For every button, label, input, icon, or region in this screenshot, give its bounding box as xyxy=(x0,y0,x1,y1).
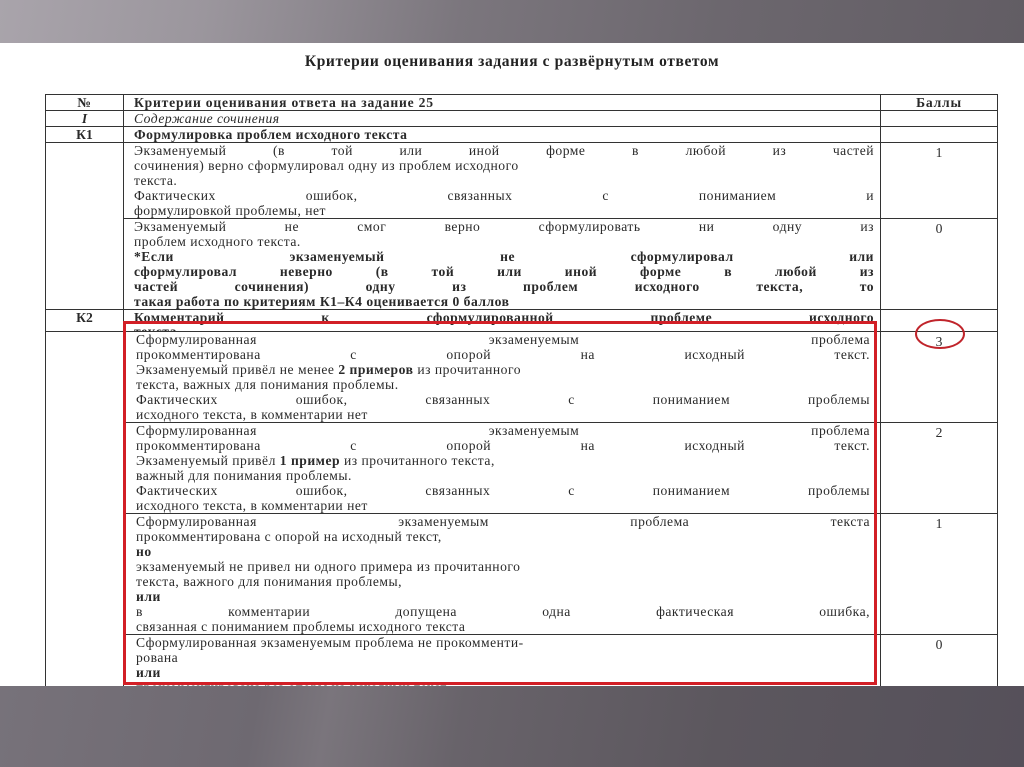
k2-row-2-score: 2 xyxy=(881,423,998,514)
table-row: Сформулированная экзаменуемым проблема п… xyxy=(46,423,998,514)
k1-row-1-text: Экзаменуемый (в той или иной форме в люб… xyxy=(124,143,881,219)
k2-row-2-text: Сформулированная экзаменуемым проблема п… xyxy=(124,423,881,514)
header-score: Баллы xyxy=(881,95,998,111)
k1-header-row: К1 Формулировка проблем исходного текста xyxy=(46,127,998,143)
k1-row-2-text: Экзаменуемый не смог верно сформулироват… xyxy=(124,219,881,310)
table-row: Экзаменуемый (в той или иной форме в люб… xyxy=(46,143,998,219)
section-num: I xyxy=(46,111,124,127)
table-header-row: № Критерии оценивания ответа на задание … xyxy=(46,95,998,111)
k2-row-1-text: Сформулированная экзаменуемым проблема п… xyxy=(124,332,881,423)
k2-num: К2 xyxy=(46,310,124,332)
k2-label: Комментарий к сформулированной проблеме … xyxy=(124,310,881,332)
table-row: Сформулированная экзаменуемым проблема п… xyxy=(46,332,998,423)
k1-num: К1 xyxy=(46,127,124,143)
k2-row-3-score: 1 xyxy=(881,514,998,635)
k2-row-1-score: 3 xyxy=(881,332,998,423)
k1-row-1-score: 1 xyxy=(881,143,998,219)
header-criteria: Критерии оценивания ответа на задание 25 xyxy=(124,95,881,111)
k2-row-3-text: Сформулированная экзаменуемым проблема т… xyxy=(124,514,881,635)
slide-content: Критерии оценивания задания с развёрнуты… xyxy=(0,43,1024,686)
k1-row-2-score: 0 xyxy=(881,219,998,310)
criteria-table: № Критерии оценивания ответа на задание … xyxy=(45,94,998,696)
page-title: Критерии оценивания задания с развёрнуты… xyxy=(0,53,1024,71)
section-label: Содержание сочинения xyxy=(124,111,881,127)
table-row: Экзаменуемый не смог верно сформулироват… xyxy=(46,219,998,310)
table-row: Сформулированная экзаменуемым проблема т… xyxy=(46,514,998,635)
slide-top-band xyxy=(0,0,1024,43)
slide-bottom-band xyxy=(0,686,1024,767)
k1-label: Формулировка проблем исходного текста xyxy=(124,127,881,143)
header-num: № xyxy=(46,95,124,111)
section-row: I Содержание сочинения xyxy=(46,111,998,127)
k2-header-row: К2 Комментарий к сформулированной пробле… xyxy=(46,310,998,332)
